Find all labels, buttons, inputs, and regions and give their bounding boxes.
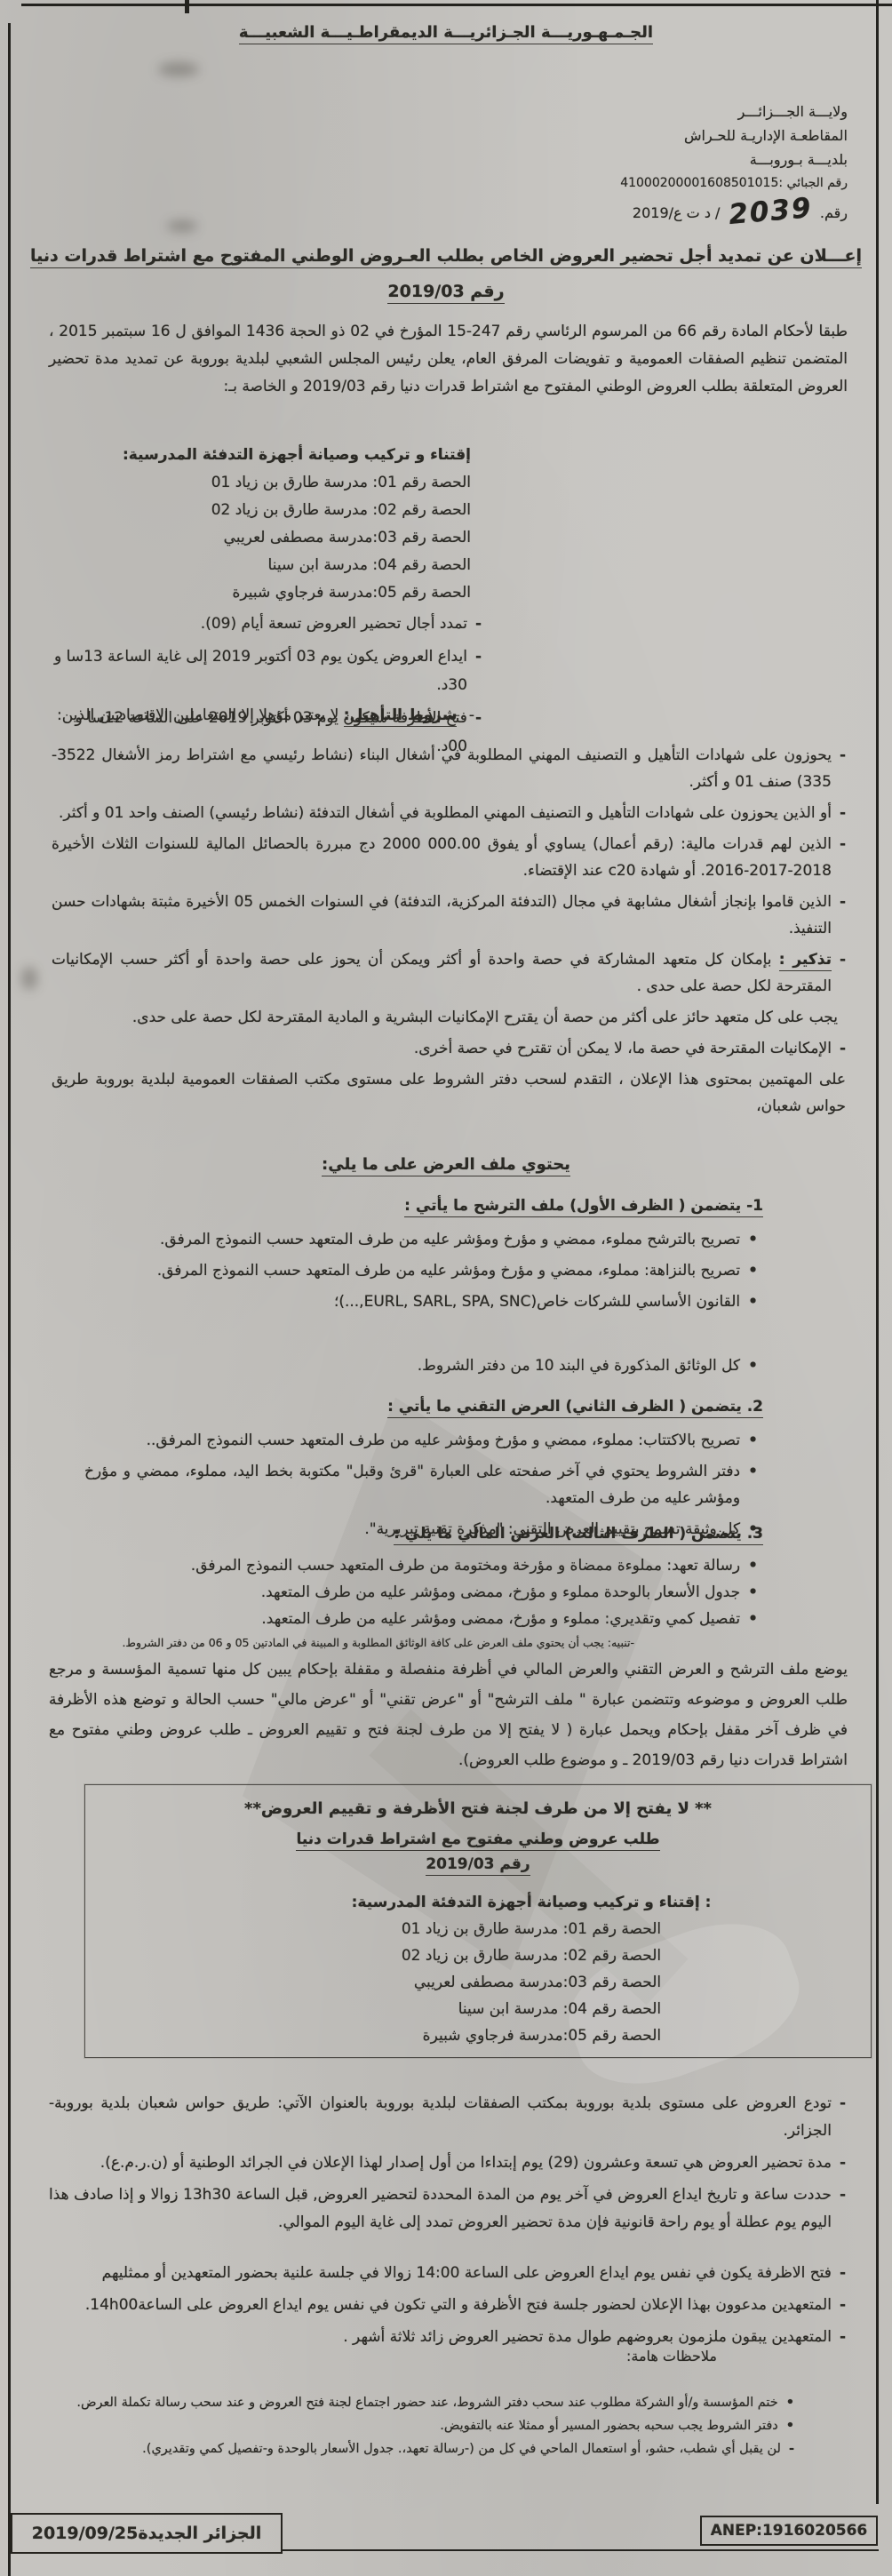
envelope1-extra-item: كل الوثائق المذكورة في البند 10 من دفتر … [84,1352,758,1379]
envelopes-note-paragraph: يوضع ملف الترشح و العرض التقني والعرض ال… [49,1655,848,1775]
envelope2-title: 2. يتضمن ( الظرف الثاني) العرض التقني ما… [387,1398,763,1418]
condition-item: الذين قاموا بإنجاز أشغال مشابهة في مجال … [52,889,846,942]
reminder-label: تذكير : [779,951,832,971]
reference-prefix: رقم. [820,204,848,221]
project-heading: إقتناء و تركيب وصيانة أجهزة التدفئة المد… [123,442,471,469]
lot-line: الحصة رقم 02: مدرسة طارق بن زياد 02 [123,497,471,524]
lot-line: الحصة رقم 02: مدرسة طارق بن زياد 02 [402,1942,661,1969]
authority-block: ولايـــة الجـــزائـــر المقاطعـة الإداري… [620,100,848,225]
deadline-item: تمدد أجال تحضير العروض تسعة أيام (09). [53,610,482,638]
envelope3-item: جدول الأسعار بالوحدة مملوء و مؤرخ، ممضى … [84,1580,758,1605]
envelope3-section: 3. يتضمن ( الظرف الثالث) العرض المالي ما… [84,1521,763,1631]
capabilities-rule: الإمكانيات المقترحة في حصة ما، لا يمكن أ… [52,1035,846,1062]
envelope3-item: تفصيل كمي وتقديري: مملوء و مؤرخ، ممضى وم… [84,1607,758,1631]
sealed-box-lot-list: الحصة رقم 01: مدرسة طارق بن زياد 01 الحص… [402,1916,661,2049]
announcement-title-line2: رقم 2019/03 [387,282,504,304]
multi-lot-rule: يجب على كل متعهد حائز على أكثر من حصة أن… [52,1004,846,1031]
notice-line: -تنبيه: يجب أن يحتوي ملف العرض على كافة … [122,1635,634,1651]
submission-item: المتعهدين مدعوون بهذا الإعلان لحضور جلسة… [49,2292,846,2319]
envelope3-item: رسالة تعهد: مملوءة ممضاة و مؤرخة ومختومة… [84,1553,758,1578]
reminder-text: بإمكان كل متعهد المشاركة في حصة واحدة أو… [52,951,832,995]
reference-handwritten-number: 2039 [724,196,816,228]
newspaper-name: الجزائر الجديدة [138,2524,261,2543]
announcement-title-line1: إعـــلان عن تمديد أجل تحضير العروض الخاص… [30,246,862,268]
reminder-item: تذكير : بإمكان كل متعهد المشاركة في حصة … [52,946,846,1000]
lot-line: الحصة رقم 05:مدرسة فرجاوي شبيرة [123,579,471,607]
reference-line: رقم. 2039 / د ت ع/2019 [620,197,848,225]
ink-smudge [167,220,197,232]
announcement-title: إعـــلان عن تمديد أجل تحضير العروض الخاص… [0,238,892,309]
envelope3-title: 3. يتضمن ( الظرف الثالث) العرض المالي ما… [394,1525,763,1545]
offer-file-heading-wrap: يحتوي ملف العرض على ما يلي: [0,1155,892,1174]
anep-box: ANEP:1916020566 [700,2516,878,2546]
condition-item: الذين لهم قدرات مالية: (رقم أعمال) يساوي… [52,831,846,884]
submission-list: تودع العروض على مستوى بلدية بوروبة بمكتب… [49,2090,846,2356]
project-block: إقتناء و تركيب وصيانة أجهزة التدفئة المد… [123,442,471,607]
intro-paragraph: طبقا لأحكام المادة رقم 66 من المرسوم الر… [49,318,848,401]
submission-item: المتعهدين يبقون ملزمون بعروضهم طوال مدة … [49,2324,846,2351]
lot-line: الحصة رقم 03:مدرسة مصطفى لعريبي [402,1969,661,1996]
eligibility-heading: - شروط التأهيل: لا يعتبر مؤهلا إلا المتع… [57,702,474,729]
district-line: المقاطعـة الإداريـة للحـراش [620,124,848,148]
tax-id-line: رقم الجبائي :41000200001608501015 [620,171,848,195]
frame-top-tick [185,0,189,13]
sealed-box-warning: ** لا يفتح إلا من طرف لجنة فتح الأظرفة و… [85,1799,871,1818]
envelope2-item: تصريح بالاكتتاب: مملوء، ممضي و مؤرخ ومؤش… [84,1427,758,1454]
frame-top-line [21,4,892,6]
submission-item: تودع العروض على مستوى بلدية بوروبة بمكتب… [49,2090,846,2145]
submission-item: حددت ساعة و تاريخ ايداع العروض في آخر يو… [49,2181,846,2237]
submission-item: فتح الاظرفة يكون في نفس يوم ايداع العروض… [49,2260,846,2287]
republic-title: الجـمـهـوريـــة الجـزائريـــة الديمقراطـ… [239,23,653,44]
newspaper-date-box: الجزائر الجديدة2019/09/25 [11,2513,283,2554]
lot-line: الحصة رقم 01: مدرسة طارق بن زياد 01 [402,1916,661,1942]
deadline-item: ايداع العروض يكون يوم 03 أكتوبر 2019 إلى… [53,642,482,699]
frame-left-line [8,23,11,2576]
anep-number: ANEP:1916020566 [711,2522,868,2540]
notes-heading: ملاحظات هامة: [626,2348,717,2365]
lot-line: الحصة رقم 04: مدرسة ابن سينا [402,1996,661,2022]
reference-suffix: / د ت ع/2019 [633,204,721,221]
sealed-box-project-heading: : إقتناء و تركيب وصيانة أجهزة التدفئة ال… [139,1889,892,1916]
offer-file-heading: يحتوي ملف العرض على ما يلي: [322,1155,570,1176]
wilaya-line: ولايـــة الجـــزائـــر [620,100,848,124]
footer-rule [282,2549,879,2551]
scanned-newspaper-announcement: الجـمـهـوريـــة الجـزائريـــة الديمقراطـ… [0,0,892,2576]
publication-date: 2019/09/25 [32,2524,139,2543]
lot-line: الحصة رقم 05:مدرسة فرجاوي شبيرة [402,2022,661,2049]
condition-item: أو الذين يحوزون على شهادات التأهيل و الت… [52,800,846,826]
envelope1-section: 1- يتضمن ( الظرف الأول) ملف الترشح ما يأ… [84,1192,763,1384]
note-item: دفتر الشروط يجب سحبه بحضور المسير أو ممث… [62,2415,794,2436]
notes-list: ختم المؤسسة و/أو الشركة مطلوب عند سحب دف… [62,2392,794,2460]
commune-line: بلديـــة بـوروبـــة [620,148,848,171]
envelope1-item: تصريح بالنزاهة: مملوء، ممضي و مؤرخ ومؤشر… [84,1257,758,1284]
sealed-envelope-box: ** لا يفتح إلا من طرف لجنة فتح الأظرفة و… [84,1784,872,2058]
envelope1-item: تصريح بالترشح مملوء، ممضي و مؤرخ ومؤشر ع… [84,1226,758,1253]
envelope1-item: القانون الأساسي للشركات خاص(EURL, SARL, … [84,1288,758,1315]
envelope1-title: 1- يتضمن ( الظرف الأول) ملف الترشح ما يأ… [404,1197,763,1217]
note-item: ختم المؤسسة و/أو الشركة مطلوب عند سحب دف… [62,2392,794,2413]
lot-line: الحصة رقم 03:مدرسة مصطفى لعريبي [123,524,471,552]
sealed-box-line2: رقم 2019/03 [426,1855,530,1876]
lot-line: الحصة رقم 01: مدرسة طارق بن زياد 01 [123,469,471,497]
frame-right-line [876,0,879,2504]
ink-smudge [21,967,37,990]
lot-line: الحصة رقم 04: مدرسة ابن سينا [123,552,471,579]
republic-header: الجـمـهـوريـــة الجـزائريـــة الديمقراطـ… [0,23,892,42]
note-item: لن يقبل أي شطب، حشو، أو استعمال الماحي ف… [62,2438,794,2460]
sealed-box-line1: طلب عروض وطني مفتوح مع اشتراط قدرات دنيا [296,1830,659,1851]
withdraw-paragraph: على المهتمين بمحتوى هذا الإعلان ، التقدم… [52,1066,846,1120]
submission-item: مدة تحضير العروض هي تسعة وعشرون (29) يوم… [49,2149,846,2177]
eligibility-heading-label: شروط التأهيل: [344,706,458,727]
envelope2-item: دفتر الشروط يحتوي في آخر صفحته على العبا… [84,1458,758,1511]
ink-smudge [158,62,199,76]
condition-item: يحوزون على شهادات التأهيل و التصنيف المه… [52,742,846,795]
eligibility-conditions: يحوزون على شهادات التأهيل و التصنيف المه… [52,742,846,1120]
eligibility-heading-rest: لا يعتبر مؤهلا إلا المتعاملين الاقتصاديي… [57,706,338,724]
